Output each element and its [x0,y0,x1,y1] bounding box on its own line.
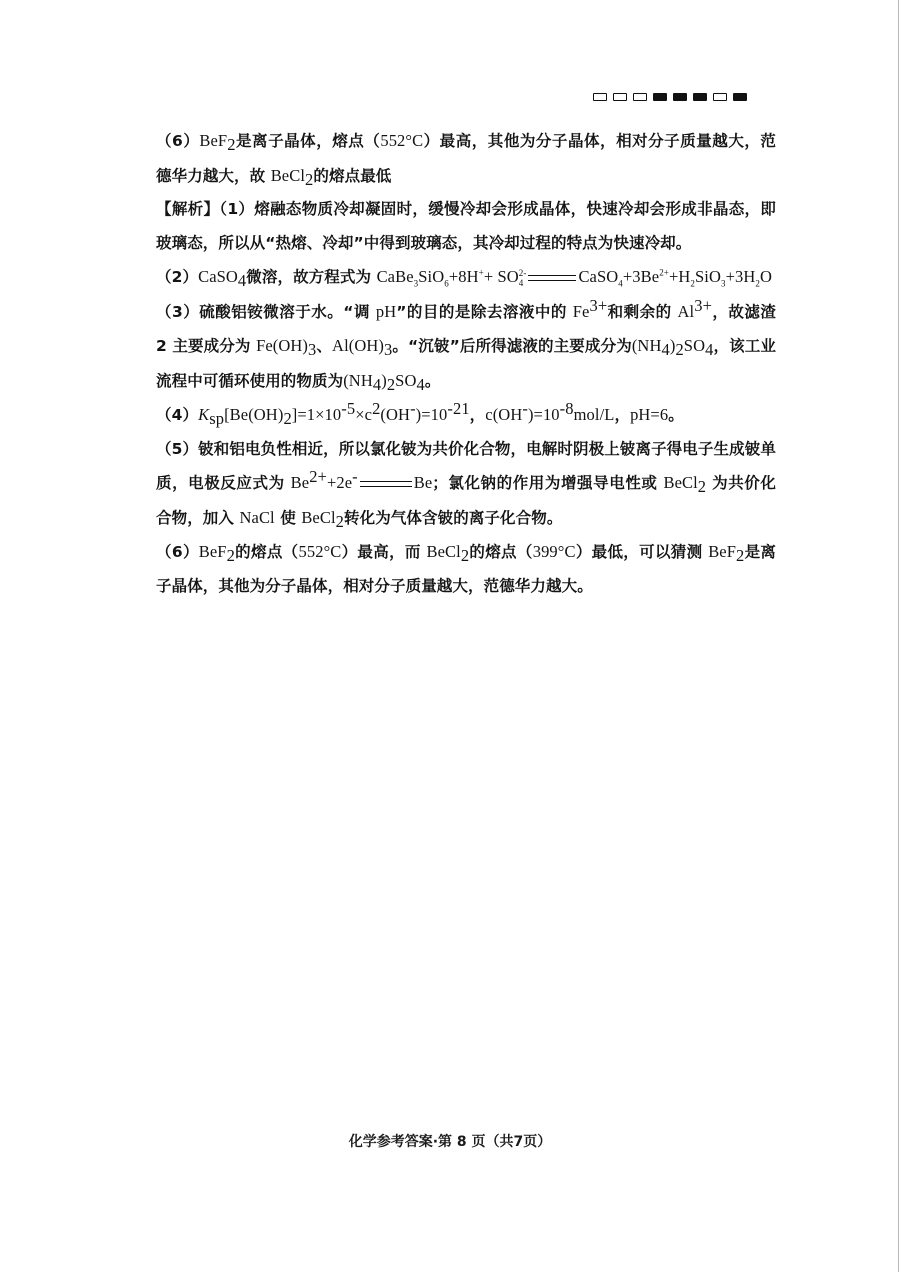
chemical-equation: CaBe3SiO6+8H++ SO2-4CaSO4+3Be2++H2SiO3+3… [377,267,772,286]
marker-box-7 [713,93,727,101]
analysis-heading: 【解析】 [156,200,219,218]
answer-6-label: （6） [156,132,199,150]
analysis-3: （3）硫酸铝铵微溶于水。“调 pH”的目的是除去溶液中的 Fe3+和剩余的 Al… [156,295,776,399]
marker-box-1 [593,93,607,101]
document-body: （6）BeF2是离子晶体，熔点（552°C）最高，其他为分子晶体，相对分子质量越… [156,124,776,603]
page-edge-line [898,0,899,1272]
answer-6: （6）BeF2是离子晶体，熔点（552°C）最高，其他为分子晶体，相对分子质量越… [156,124,776,193]
analysis-6: （6）BeF2的熔点（552°C）最高，而 BeCl2的熔点（399°C）最低，… [156,535,776,603]
marker-box-6 [693,93,707,101]
equals-sign-double-line [528,275,576,281]
analysis-4: （4）Ksp[Be(OH)2]=1×10-5×c2(OH-)=10-21，c(O… [156,398,776,433]
marker-box-4 [653,93,667,101]
answer-marker-strip [593,93,747,101]
analysis-1: 【解析】（1）熔融态物质冷却凝固时，缓慢冷却会形成晶体，快速冷却会形成非晶态，即… [156,193,776,260]
marker-box-5 [673,93,687,101]
marker-box-2 [613,93,627,101]
equals-sign-double-line [360,481,412,487]
analysis-2: （2）CaSO4微溶，故方程式为 CaBe3SiO6+8H++ SO2-4CaS… [156,260,776,295]
page-footer: 化学参考答案·第 8 页（共7页） [0,1131,900,1151]
analysis-5: （5）铍和铝电负性相近，所以氯化铍为共价化合物，电解时阴极上铍离子得电子生成铍单… [156,433,776,536]
marker-box-3 [633,93,647,101]
marker-box-8 [733,93,747,101]
